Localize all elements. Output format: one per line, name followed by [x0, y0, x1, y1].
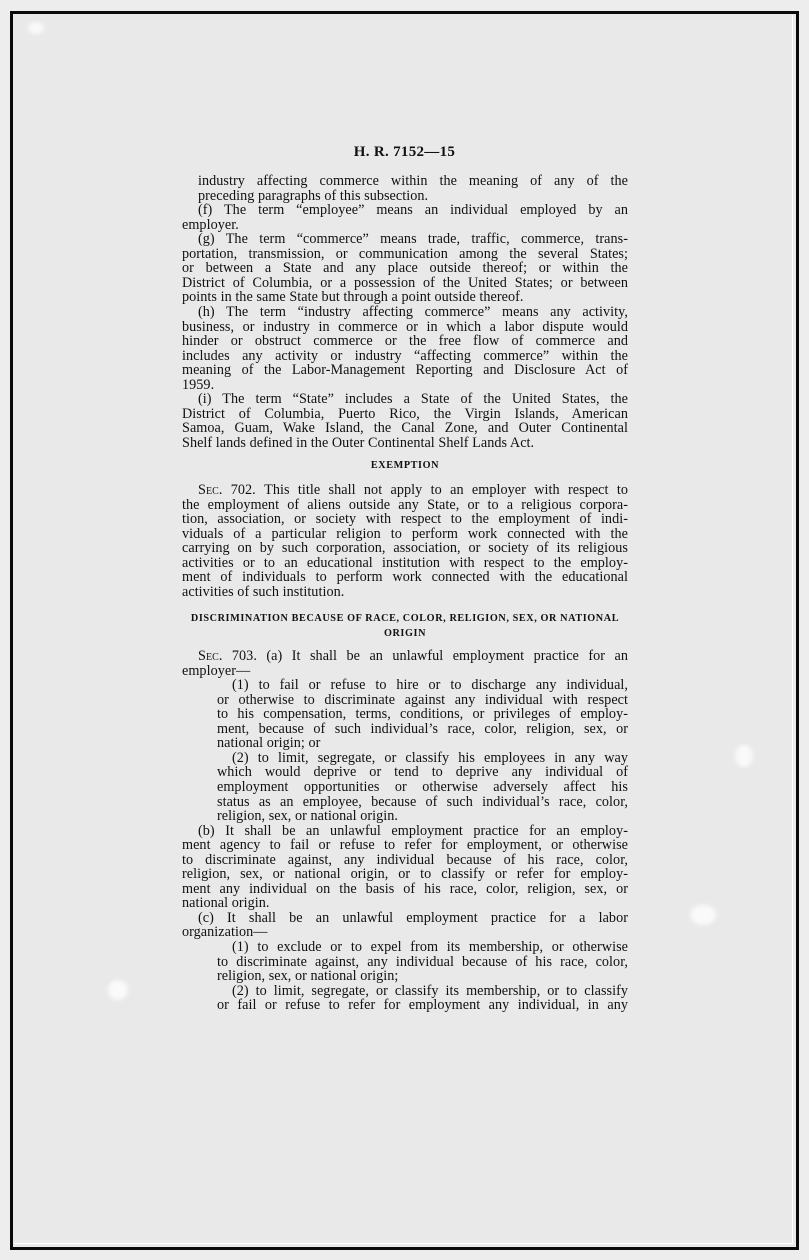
definition-line: preceding paragraphs of this subsection.	[198, 189, 428, 204]
sec703-line: Sec. 703. (a) It shall be an unlawful em…	[198, 649, 628, 664]
sec703-line: national origin.	[182, 896, 269, 911]
sec703-line: to discriminate against, any individual …	[182, 853, 628, 868]
sec703-line: employer—	[182, 664, 250, 679]
sec703-line: (1) to fail or refuse to hire or to disc…	[232, 678, 628, 693]
sec703-line: ment agency to fail or refuse to refer f…	[182, 838, 628, 853]
sec703-line: (1) to exclude or to expel from its memb…	[232, 940, 628, 955]
scan-speck	[28, 22, 44, 34]
sec702-line: activities of such institution.	[182, 585, 344, 600]
definition-line: or between a State and any place outside…	[182, 261, 628, 276]
section-text: (a) It shall be an unlawful employment p…	[266, 649, 628, 664]
section-heading-discrimination: DISCRIMINATION BECAUSE OF RACE, COLOR, R…	[182, 611, 628, 626]
definition-line: portation, transmission, or communicatio…	[182, 247, 628, 262]
document-page: H. R. 7152—15 industry affecting commerc…	[0, 0, 809, 1260]
sec703-line: (b) It shall be an unlawful employment p…	[198, 824, 628, 839]
definition-line: (h) The term “industry affecting commerc…	[198, 305, 628, 320]
sec702-line: Sec. 702. This title shall not apply to …	[198, 483, 628, 498]
definition-line: employer.	[182, 218, 239, 233]
sec703-line: to his compensation, terms, conditions, …	[217, 707, 628, 722]
sec703-line: religion, sex, or national origin;	[217, 969, 398, 984]
sec703-line: organization—	[182, 925, 268, 940]
scan-speck	[690, 905, 716, 925]
section-label: Sec. 702.	[198, 483, 264, 498]
sec703-line: (2) to limit, segregate, or classify its…	[232, 984, 628, 999]
sec702-line: tion, association, or society with respe…	[182, 512, 628, 527]
sec703-line: religion, sex, or national origin.	[217, 809, 398, 824]
sec703-line: or otherwise to discriminate against any…	[217, 693, 628, 708]
definition-line: business, or industry in commerce or in …	[182, 320, 628, 335]
section-label: Sec. 703.	[198, 649, 266, 664]
section-text: This title shall not apply to an employe…	[264, 483, 628, 498]
sec702-line: the employment of aliens outside any Sta…	[182, 498, 628, 513]
definition-line: points in the same State but through a p…	[182, 290, 524, 305]
sec703-line: (2) to limit, segregate, or classify his…	[232, 751, 628, 766]
sec703-line: employment opportunities or otherwise ad…	[217, 780, 628, 795]
sec703-line: religion, sex, or national origin, or to…	[182, 867, 628, 882]
definition-line: 1959.	[182, 378, 214, 393]
definition-line: hinder or obstruct commerce or the free …	[182, 334, 628, 349]
sec702-line: viduals of a particular religion to perf…	[182, 527, 628, 542]
sec703-line: national origin; or	[217, 736, 320, 751]
sec703-line: or fail or refuse to refer for employmen…	[217, 998, 628, 1013]
sec702-line: activities or to an educational institut…	[182, 556, 628, 571]
definition-line: District of Columbia, Puerto Rico, the V…	[182, 407, 628, 422]
section-heading-discrimination-cont: ORIGIN	[182, 626, 628, 641]
definition-line: (f) The term “employee” means an individ…	[198, 203, 628, 218]
scan-speck	[108, 980, 128, 1000]
page-header: H. R. 7152—15	[0, 144, 809, 161]
definition-line: Shelf lands defined in the Outer Contine…	[182, 436, 534, 451]
definition-line: (g) The term “commerce” means trade, tra…	[198, 232, 628, 247]
sec703-line: which would deprive or tend to deprive a…	[217, 765, 628, 780]
sec702-line: carrying on by such corporation, associa…	[182, 541, 628, 556]
definition-line: meaning of the Labor-Management Reportin…	[182, 363, 628, 378]
definition-line: includes any activity or industry “affec…	[182, 349, 628, 364]
definition-line: (i) The term “State” includes a State of…	[198, 392, 628, 407]
scan-speck	[735, 745, 753, 767]
definition-line: industry affecting commerce within the m…	[198, 174, 628, 189]
section-heading-exemption: EXEMPTION	[182, 458, 628, 473]
